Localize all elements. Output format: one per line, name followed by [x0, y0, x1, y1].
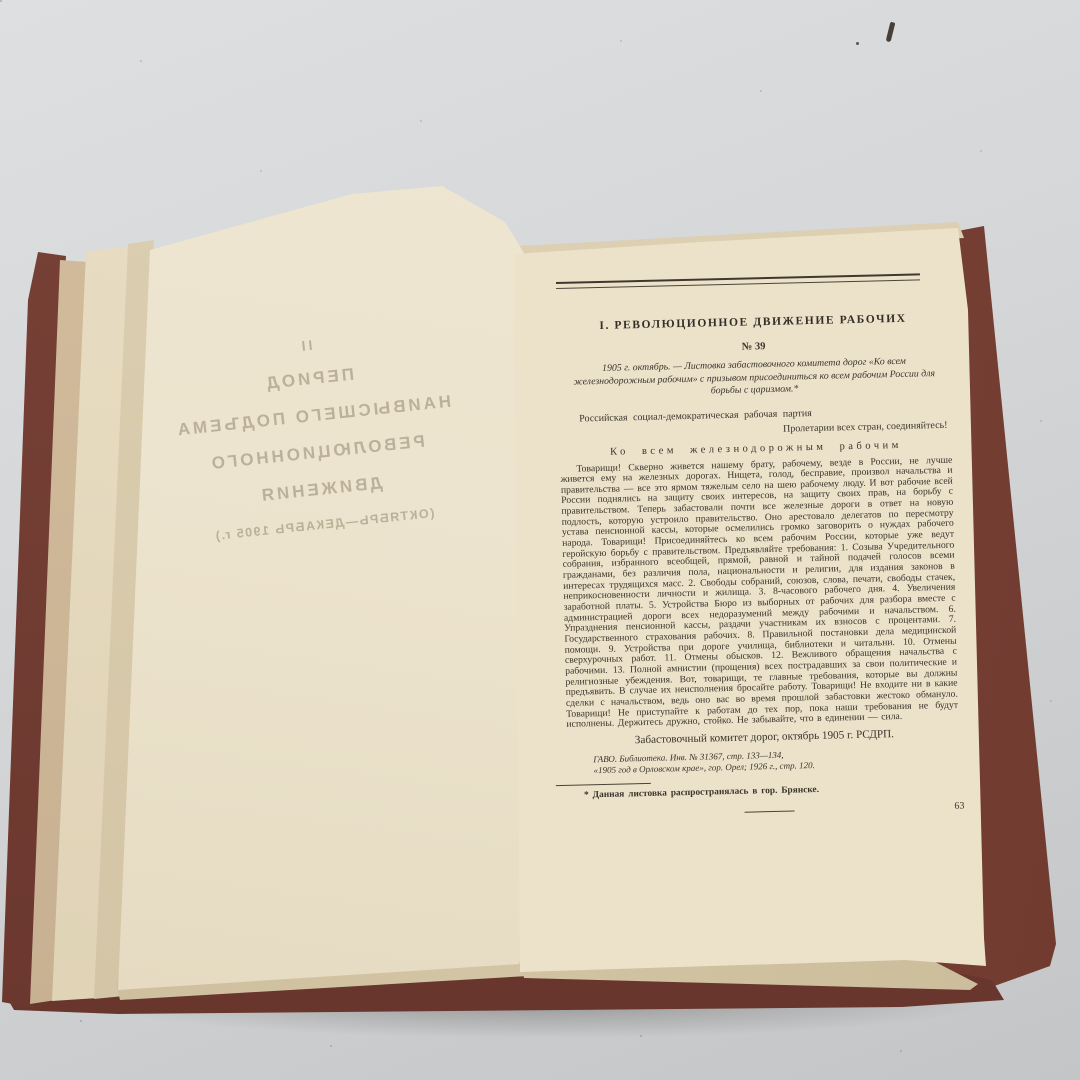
- signature-line: Забастовочный комитет дорог, октябрь 190…: [567, 727, 959, 748]
- photo-stage: II ПЕРИОД НАИВЫСШЕГО ПОДЪЕМА РЕВОЛЮЦИОНН…: [0, 0, 1080, 1080]
- document-number: № 39: [558, 337, 950, 357]
- surface-speckles: [0, 0, 2, 2]
- end-rule: [745, 810, 795, 812]
- footnote-rule: [556, 783, 651, 786]
- page-number: 63: [954, 800, 964, 811]
- section-heading: I. РЕВОЛЮЦИОННОЕ ДВИЖЕНИЕ РАБОЧИХ: [557, 312, 949, 333]
- body-paragraph: Товарищи! Скверно живется нашему брату, …: [560, 455, 958, 731]
- document-text-block: I. РЕВОЛЮЦИОННОЕ ДВИЖЕНИЕ РАБОЧИХ № 39 1…: [556, 273, 961, 824]
- show-through-block: II ПЕРИОД НАИВЫСШЕГО ПОДЪЕМА РЕВОЛЮЦИОНН…: [140, 313, 490, 558]
- document-caption: 1905 г. октябрь. — Листовка забастовочно…: [558, 355, 951, 402]
- surface-dot-mark: [856, 42, 859, 45]
- source-references: ГАВО. Библиотека. Инв. № 31367, стр. 133…: [567, 746, 959, 778]
- footnote-text: * Данная листовка распространялась в гор…: [568, 782, 960, 801]
